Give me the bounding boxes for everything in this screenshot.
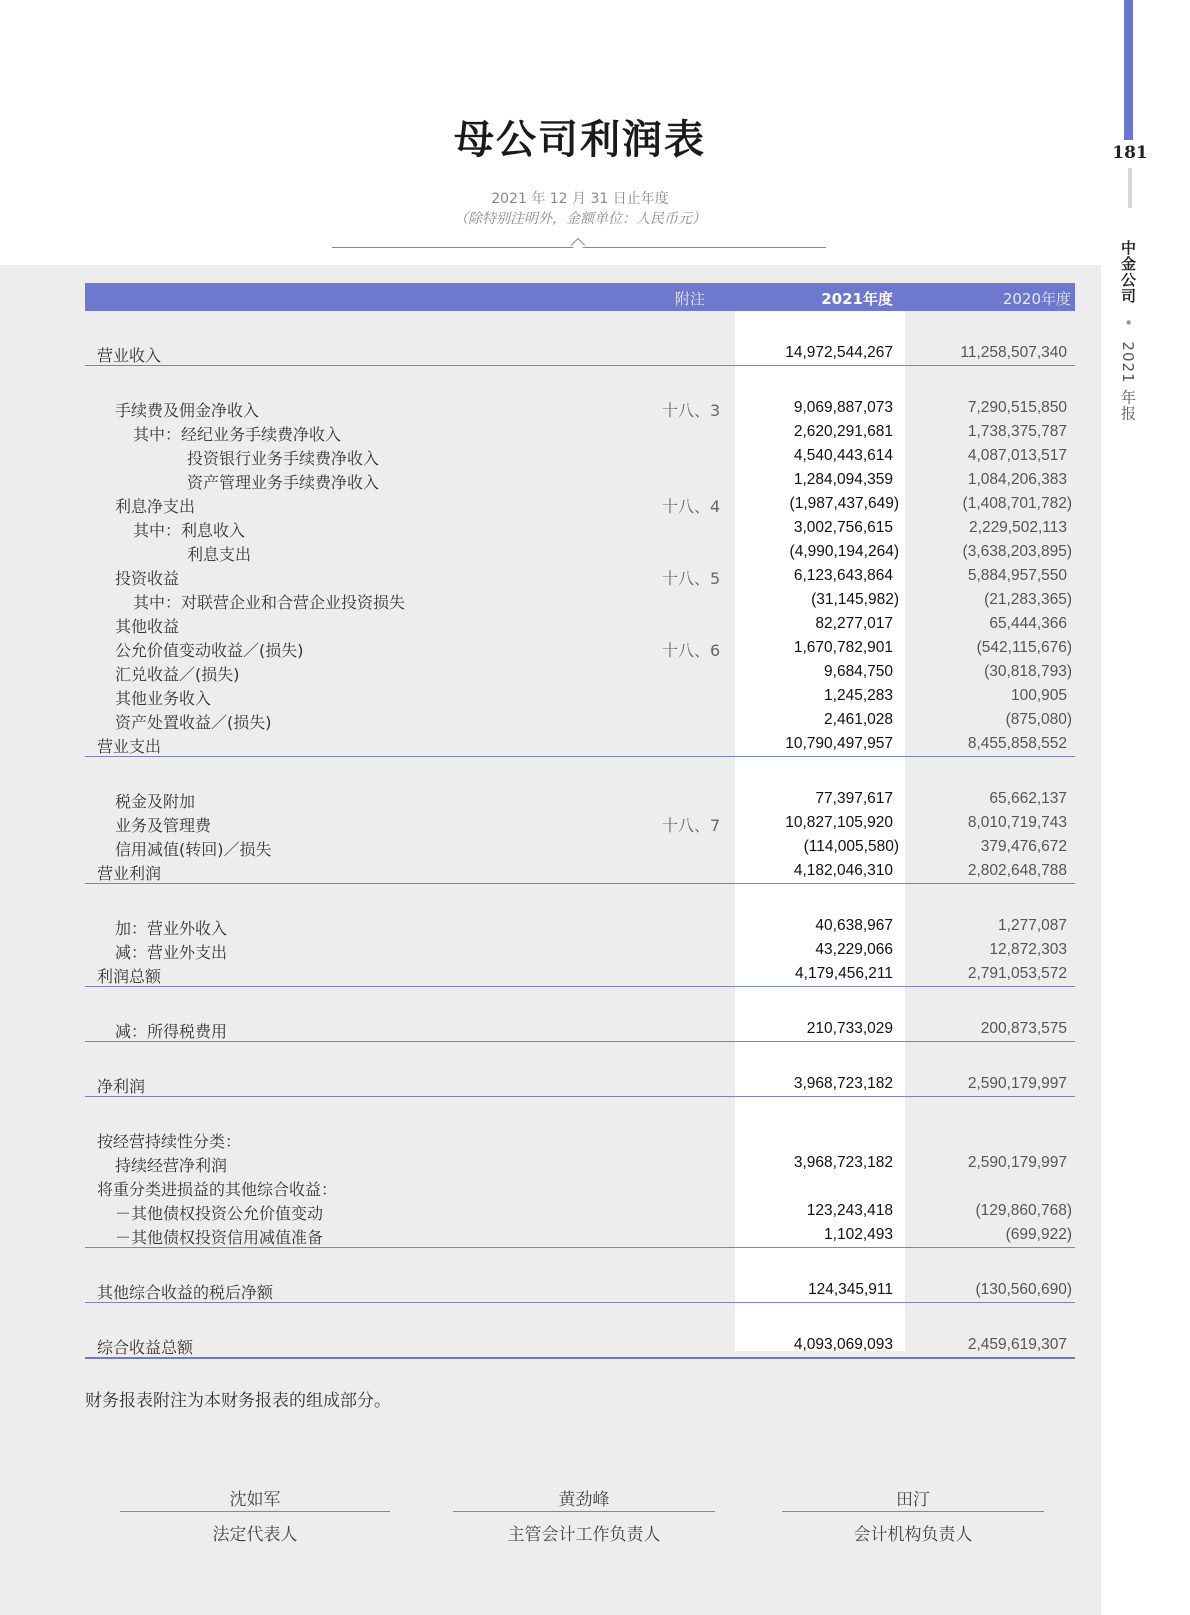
row-value-2020: 65,444,366 <box>989 615 1067 633</box>
row-label: 信用减值(转回)／损失 <box>115 837 272 860</box>
row-value-2021: 2,620,291,681 <box>794 423 893 441</box>
row-value-2020: 2,590,179,997 <box>968 1154 1067 1172</box>
section-spacer <box>85 884 1075 914</box>
row-divider <box>85 1096 1075 1097</box>
row-value-2021: 82,277,017 <box>815 615 893 633</box>
row-value-2020: 2,802,648,788 <box>968 862 1067 880</box>
table-row: 减：营业外支出 43,229,066 12,872,303 <box>85 938 1075 962</box>
row-label: 其他收益 <box>115 614 179 637</box>
section-spacer <box>85 987 1075 1017</box>
table-row: 其他综合收益的税后净额 124,345,911 (130,560,690) <box>85 1278 1075 1302</box>
row-label: 减：营业外支出 <box>115 940 227 963</box>
table-row: 净利润 3,968,723,182 2,590,179,997 <box>85 1072 1075 1096</box>
row-value-2020: 7,290,515,850 <box>968 399 1067 417</box>
table-row: 其他业务收入 1,245,283 100,905 <box>85 684 1075 708</box>
section-spacer <box>85 1097 1075 1127</box>
signatory-role: 法定代表人 <box>120 1520 390 1545</box>
section-spacer <box>85 311 1075 341</box>
row-value-2021: 14,972,544,267 <box>785 344 893 362</box>
row-value-2021: (1,987,437,649) <box>790 495 899 513</box>
caret-up-icon <box>571 238 585 252</box>
row-divider <box>85 1302 1075 1303</box>
row-value-2020: 1,277,087 <box>998 917 1067 935</box>
row-label: 净利润 <box>97 1074 145 1097</box>
row-value-2021: (114,005,580) <box>804 838 899 856</box>
row-divider <box>85 986 1075 987</box>
row-value-2020: (3,638,203,895) <box>963 543 1072 561</box>
row-divider <box>85 1247 1075 1248</box>
page-number: 181 <box>1110 143 1150 163</box>
signatory-name: 黄劲峰 <box>453 1485 715 1511</box>
signature-line <box>453 1511 715 1512</box>
row-divider <box>85 1041 1075 1042</box>
section-spacer <box>85 757 1075 787</box>
row-label: 汇兑收益／(损失) <box>115 662 240 685</box>
table-row: 信用减值(转回)／损失 (114,005,580) 379,476,672 <box>85 835 1075 859</box>
row-value-2020: (875,080) <box>1006 711 1072 729</box>
row-label: 手续费及佣金净收入 <box>115 398 259 421</box>
table-row: 业务及管理费 十八、7 10,827,105,920 8,010,719,743 <box>85 811 1075 835</box>
row-value-2021: 3,968,723,182 <box>794 1154 893 1172</box>
signature-line <box>782 1511 1044 1512</box>
row-value-2021: 1,670,782,901 <box>794 639 893 657</box>
row-value-2021: 124,345,911 <box>808 1281 893 1299</box>
row-value-2021: 40,638,967 <box>815 917 893 935</box>
row-label: 资产处置收益／(损失) <box>115 710 272 733</box>
page-title: 母公司利润表 <box>0 108 1160 165</box>
row-value-2020: 8,010,719,743 <box>968 814 1067 832</box>
row-label: 综合收益总额 <box>97 1335 193 1358</box>
table-row: 汇兑收益／(损失) 9,684,750 (30,818,793) <box>85 660 1075 684</box>
row-value-2020: 1,084,206,383 <box>968 471 1067 489</box>
row-label: 公允价值变动收益／(损失) <box>115 638 304 661</box>
row-label: 利息支出 <box>187 542 251 565</box>
section-spacer <box>85 1248 1075 1278</box>
table-row: 持续经营净利润 3,968,723,182 2,590,179,997 <box>85 1151 1075 1175</box>
table-row: 资产管理业务手续费净收入 1,284,094,359 1,084,206,383 <box>85 468 1075 492</box>
row-note: 十八、3 <box>662 398 720 421</box>
row-label: 税金及附加 <box>115 789 195 812</box>
row-value-2020: (699,922) <box>1006 1226 1072 1244</box>
table-row: 利润总额 4,179,456,211 2,791,053,572 <box>85 962 1075 986</box>
row-value-2020: 2,590,179,997 <box>968 1075 1067 1093</box>
row-label: 资产管理业务手续费净收入 <box>187 470 379 493</box>
row-value-2020: 65,662,137 <box>989 790 1067 808</box>
section-spacer <box>85 1042 1075 1072</box>
income-statement-table: 附注 2021年度 2020年度 营业收入 14,972,544,267 11,… <box>85 283 1075 1359</box>
table-row: 投资收益 十八、5 6,123,643,864 5,884,957,550 <box>85 564 1075 588</box>
signature-line <box>120 1511 390 1512</box>
row-value-2021: (4,990,194,264) <box>790 543 899 561</box>
row-value-2020: (129,860,768) <box>975 1202 1072 1220</box>
table-row: 资产处置收益／(损失) 2,461,028 (875,080) <box>85 708 1075 732</box>
row-label: 加：营业外收入 <box>115 916 227 939</box>
statement-footnote: 财务报表附注为本财务报表的组成部分。 <box>85 1386 391 1411</box>
row-value-2021: 9,069,887,073 <box>794 399 893 417</box>
header-2021: 2021年度 <box>821 288 893 309</box>
table-bottom-rule <box>85 1357 1075 1359</box>
row-label: 减：所得税费用 <box>115 1019 227 1042</box>
row-label: 投资银行业务手续费净收入 <box>187 446 379 469</box>
row-label: 将重分类进损益的其他综合收益： <box>97 1177 337 1200</box>
row-value-2020: 12,872,303 <box>989 941 1067 959</box>
row-value-2020: (30,818,793) <box>984 663 1072 681</box>
row-note: 十八、5 <box>662 566 720 589</box>
table-row: 公允价值变动收益／(损失) 十八、6 1,670,782,901 (542,11… <box>85 636 1075 660</box>
table-row: 利息净支出 十八、4 (1,987,437,649) (1,408,701,78… <box>85 492 1075 516</box>
row-label: 按经营持续性分类： <box>97 1129 241 1152</box>
row-value-2021: 1,284,094,359 <box>794 471 893 489</box>
currency-unit-note: （除特别注明外，金额单位：人民币元） <box>0 208 1160 228</box>
row-label: 业务及管理费 <box>115 813 211 836</box>
row-note: 十八、6 <box>662 638 720 661</box>
row-value-2021: 3,002,756,615 <box>794 519 893 537</box>
row-label: 其中：经纪业务手续费净收入 <box>133 422 341 445</box>
row-value-2020: 5,884,957,550 <box>968 567 1067 585</box>
side-report-year: 2021 年报 <box>1119 341 1137 421</box>
row-value-2020: 2,459,619,307 <box>968 1336 1067 1354</box>
table-row: 其中：对联营企业和合营企业投资损失 (31,145,982) (21,283,3… <box>85 588 1075 612</box>
signatory-role: 会计机构负责人 <box>782 1520 1044 1545</box>
row-value-2020: (1,408,701,782) <box>963 495 1072 513</box>
row-label: 利息净支出 <box>115 494 195 517</box>
row-value-2020: 2,791,053,572 <box>968 965 1067 983</box>
signatory-role: 主管会计工作负责人 <box>453 1520 715 1545</box>
row-label: 持续经营净利润 <box>115 1153 227 1176</box>
row-value-2021: 43,229,066 <box>815 941 893 959</box>
row-label: 营业收入 <box>97 343 161 366</box>
row-value-2021: 10,790,497,957 <box>785 735 893 753</box>
side-accent-bar <box>1124 0 1133 140</box>
row-note: 十八、4 <box>662 494 720 517</box>
section-spacer <box>85 366 1075 396</box>
report-period: 2021 年 12 月 31 日止年度 <box>0 188 1160 208</box>
row-value-2020: (542,115,676) <box>977 639 1072 657</box>
header-2020: 2020年度 <box>1003 288 1071 309</box>
table-row: 加：营业外收入 40,638,967 1,277,087 <box>85 914 1075 938</box>
row-value-2020: 11,258,507,340 <box>960 344 1067 362</box>
row-value-2021: 1,245,283 <box>824 687 893 705</box>
row-value-2020: 379,476,672 <box>981 838 1067 856</box>
row-label: －其他债权投资公允价值变动 <box>115 1201 323 1224</box>
row-value-2021: 4,179,456,211 <box>795 965 893 983</box>
header-note: 附注 <box>675 288 705 309</box>
row-value-2020: (21,283,365) <box>984 591 1072 609</box>
row-label: 投资收益 <box>115 566 179 589</box>
signatory-name: 田汀 <box>782 1485 1044 1511</box>
row-label: 其中：对联营企业和合营企业投资损失 <box>133 590 405 613</box>
row-label: 营业利润 <box>97 861 161 884</box>
side-brand: 中金公司 <box>1119 240 1137 304</box>
table-row: 手续费及佣金净收入 十八、3 9,069,887,073 7,290,515,8… <box>85 396 1075 420</box>
row-value-2021: 123,243,418 <box>807 1202 893 1220</box>
row-value-2021: (31,145,982) <box>811 591 899 609</box>
table-row: 营业支出 10,790,497,957 8,455,858,552 <box>85 732 1075 756</box>
table-row: －其他债权投资公允价值变动 123,243,418 (129,860,768) <box>85 1199 1075 1223</box>
row-value-2020: 8,455,858,552 <box>968 735 1067 753</box>
row-label: －其他债权投资信用减值准备 <box>115 1225 323 1248</box>
table-row: 将重分类进损益的其他综合收益： <box>85 1175 1075 1199</box>
row-value-2020: 4,087,013,517 <box>968 447 1067 465</box>
table-row: 减：所得税费用 210,733,029 200,873,575 <box>85 1017 1075 1041</box>
table-row: 其中：利息收入 3,002,756,615 2,229,502,113 <box>85 516 1075 540</box>
table-row: 营业收入 14,972,544,267 11,258,507,340 <box>85 341 1075 365</box>
row-value-2020: 1,738,375,787 <box>968 423 1067 441</box>
row-value-2021: 77,397,617 <box>815 790 893 808</box>
signatory-name: 沈如军 <box>120 1485 390 1511</box>
table-row: 利息支出 (4,990,194,264) (3,638,203,895) <box>85 540 1075 564</box>
row-divider <box>85 756 1075 757</box>
row-label: 营业支出 <box>97 734 161 757</box>
row-value-2021: 4,093,069,093 <box>794 1336 893 1354</box>
row-note: 十八、7 <box>662 813 720 836</box>
row-label: 其中：利息收入 <box>133 518 245 541</box>
row-value-2020: 100,905 <box>1011 687 1067 705</box>
row-label: 其他业务收入 <box>115 686 211 709</box>
side-gray-bar <box>1128 168 1132 208</box>
signature-accounting-head: 黄劲峰 主管会计工作负责人 <box>453 1485 715 1545</box>
row-value-2021: 10,827,105,920 <box>785 814 893 832</box>
row-value-2021: 9,684,750 <box>824 663 893 681</box>
signature-legal-representative: 沈如军 法定代表人 <box>120 1485 390 1545</box>
row-value-2021: 210,733,029 <box>807 1020 893 1038</box>
row-value-2020: 200,873,575 <box>981 1020 1067 1038</box>
table-body: 营业收入 14,972,544,267 11,258,507,340 手续费及佣… <box>85 311 1075 1359</box>
table-row: 营业利润 4,182,046,310 2,802,648,788 <box>85 859 1075 883</box>
table-row: 综合收益总额 4,093,069,093 2,459,619,307 <box>85 1333 1075 1357</box>
table-row: 其他收益 82,277,017 65,444,366 <box>85 612 1075 636</box>
table-row: 税金及附加 77,397,617 65,662,137 <box>85 787 1075 811</box>
signature-accounting-institution-head: 田汀 会计机构负责人 <box>782 1485 1044 1545</box>
row-value-2021: 2,461,028 <box>824 711 893 729</box>
side-running-header: 中金公司 • 2021 年报 <box>1118 240 1139 421</box>
row-value-2021: 6,123,643,864 <box>794 567 893 585</box>
bullet-dot-icon: • <box>1119 318 1137 328</box>
row-divider <box>85 365 1075 366</box>
row-value-2021: 4,540,443,614 <box>794 447 893 465</box>
row-label: 其他综合收益的税后净额 <box>97 1280 273 1303</box>
row-value-2021: 1,102,493 <box>824 1226 893 1244</box>
table-row: －其他债权投资信用减值准备 1,102,493 (699,922) <box>85 1223 1075 1247</box>
table-header: 附注 2021年度 2020年度 <box>85 283 1075 311</box>
row-value-2020: (130,560,690) <box>975 1281 1072 1299</box>
table-row: 其中：经纪业务手续费净收入 2,620,291,681 1,738,375,78… <box>85 420 1075 444</box>
table-row: 投资银行业务手续费净收入 4,540,443,614 4,087,013,517 <box>85 444 1075 468</box>
section-spacer <box>85 1303 1075 1333</box>
table-row: 按经营持续性分类： <box>85 1127 1075 1151</box>
row-value-2021: 4,182,046,310 <box>794 862 893 880</box>
row-label: 利润总额 <box>97 964 161 987</box>
row-value-2021: 3,968,723,182 <box>794 1075 893 1093</box>
row-divider <box>85 883 1075 884</box>
row-value-2020: 2,229,502,113 <box>969 519 1067 537</box>
